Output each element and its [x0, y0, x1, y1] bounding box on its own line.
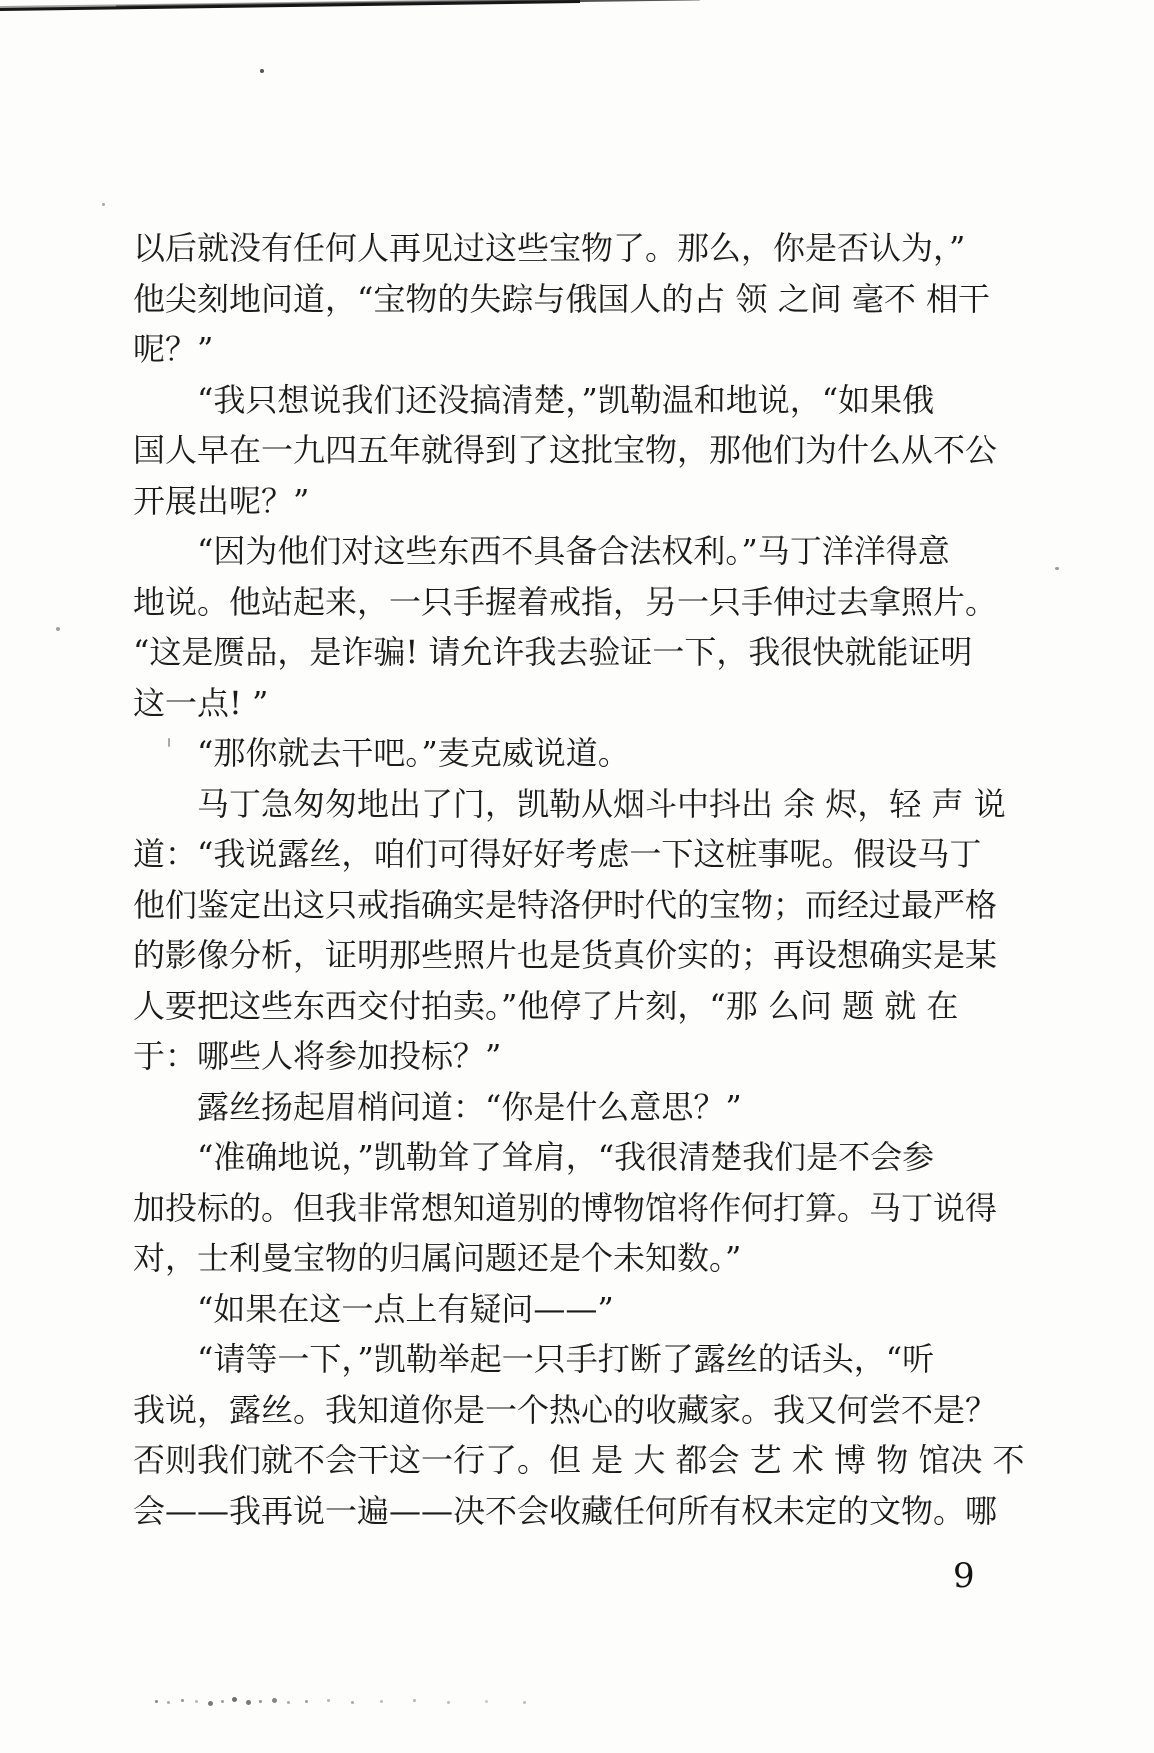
text-line: 国人早在一九四五年就得到了这批宝物，那他们为什么从不公	[133, 425, 1013, 476]
text-line: 以后就没有任何人再见过这些宝物了。那么，你是否认为，”	[133, 223, 1013, 274]
text-line: “那你就去干吧。”麦克威说道。	[133, 728, 1013, 779]
text-line: “准确地说，”凯勒耸了耸肩，“我很清楚我们是不会参	[133, 1132, 1013, 1183]
text-line: 加投标的。但我非常想知道别的博物馆将作何打算。马丁说得	[133, 1183, 1013, 1234]
ink-speck	[260, 69, 264, 73]
text-line: 的影像分析，证明那些照片也是货真价实的；再设想确实是某	[133, 930, 1013, 981]
scan-edge-artifact	[0, 0, 580, 11]
text-line: 呢？”	[133, 324, 1013, 375]
text-line: 我说，露丝。我知道你是一个热心的收藏家。我又何尝不是？	[133, 1385, 1013, 1436]
text-line: 会——我再说一遍——决不会收藏任何所有权未定的文物。哪	[133, 1486, 1013, 1537]
text-line: 于：哪些人将参加投标？”	[133, 1031, 1013, 1082]
scan-noise-artifact	[155, 1700, 158, 1703]
text-block: 以后就没有任何人再见过这些宝物了。那么，你是否认为，”他尖刻地问道，“宝物的失踪…	[133, 223, 1013, 1536]
ink-speck	[56, 627, 60, 631]
ink-speck	[102, 203, 105, 206]
text-line: 露丝扬起眉梢问道：“你是什么意思？”	[133, 1082, 1013, 1133]
page-number: 9	[953, 1556, 975, 1596]
text-line: “我只想说我们还没搞清楚，”凯勒温和地说，“如果俄	[133, 375, 1013, 426]
text-line: 开展出呢？”	[133, 476, 1013, 527]
text-line: 这一点! ”	[133, 678, 1013, 729]
book-page: 以后就没有任何人再见过这些宝物了。那么，你是否认为，”他尖刻地问道，“宝物的失踪…	[0, 0, 1154, 1753]
text-line: 地说。他站起来，一只手握着戒指，另一只手伸过去拿照片。	[133, 577, 1013, 628]
ink-speck	[1055, 567, 1059, 570]
text-line: “因为他们对这些东西不具备合法权利。”马丁洋洋得意	[133, 526, 1013, 577]
text-line: “请等一下，”凯勒举起一只手打断了露丝的话头，“听	[133, 1334, 1013, 1385]
text-line: 他们鉴定出这只戒指确实是特洛伊时代的宝物；而经过最严格	[133, 880, 1013, 931]
text-line: 人要把这些东西交付拍卖。”他停了片刻，“那 么问 题 就 在	[133, 981, 1013, 1032]
text-line: 道：“我说露丝，咱们可得好好考虑一下这桩事呢。假设马丁	[133, 829, 1013, 880]
text-line: “这是赝品，是诈骗! 请允许我去验证一下，我很快就能证明	[133, 627, 1013, 678]
text-line: “如果在这一点上有疑问——”	[133, 1284, 1013, 1335]
text-line: 否则我们就不会干这一行了。但 是 大 都会 艺 术 博 物 馆决 不	[133, 1435, 1013, 1486]
text-line: 马丁急匆匆地出了门，凯勒从烟斗中抖出 余 烬，轻 声 说	[133, 779, 1013, 830]
text-line: 对，士利曼宝物的归属问题还是个未知数。”	[133, 1233, 1013, 1284]
text-line: 他尖刻地问道，“宝物的失踪与俄国人的占 领 之间 毫不 相干	[133, 274, 1013, 325]
